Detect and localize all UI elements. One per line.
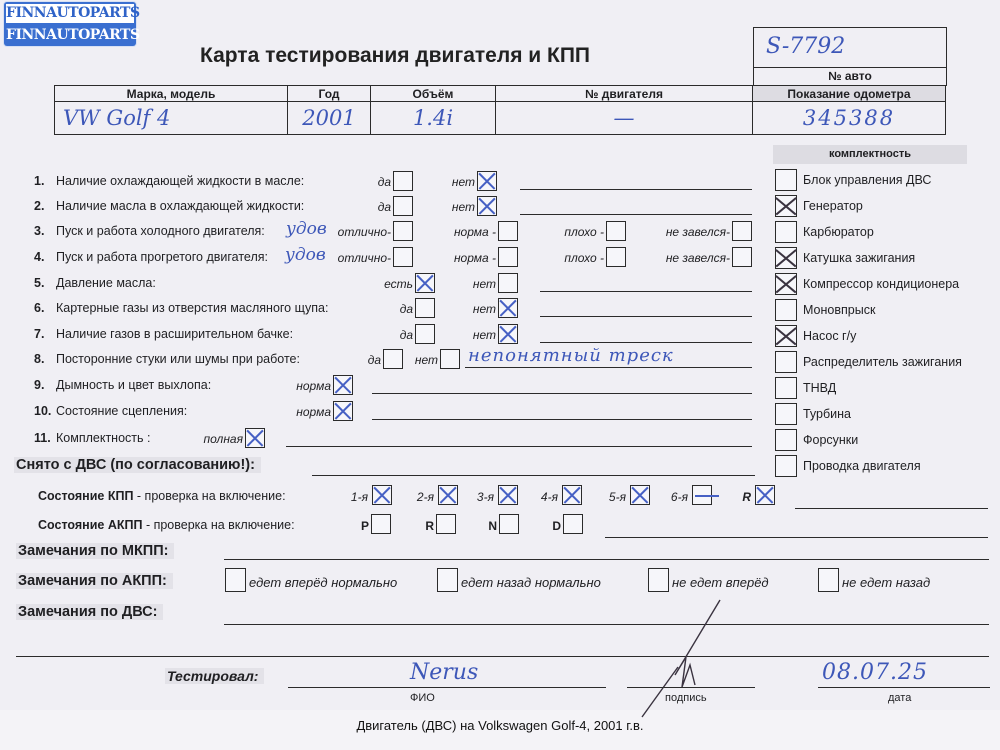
signature-caption: подпись	[665, 692, 707, 704]
auto-gearbox-label-rest: - проверка на включение:	[142, 518, 294, 532]
vehicle-info-table: Марка, модель Год Объём № двигателя Пока…	[54, 85, 946, 135]
handwritten-comment: непонятный треск	[468, 345, 674, 366]
remarks-mkpp-label: Замечания по МКПП:	[16, 543, 174, 559]
option-label: да	[368, 353, 381, 367]
auto-gearbox-row: Состояние АКПП - проверка на включение:	[38, 518, 295, 532]
col-engine-number: № двигателя	[496, 86, 753, 102]
checkbox-3-3[interactable]	[606, 221, 626, 241]
row-number: 7.	[34, 327, 56, 341]
option-label: норма	[296, 379, 331, 393]
completeness-label: Карбюратор	[803, 225, 874, 239]
completeness-label: Катушка зажигания	[803, 251, 915, 265]
akpp-checkbox[interactable]	[437, 568, 458, 592]
row-number: 4.	[34, 250, 56, 264]
checklist-row-10: 10.Состояние сцепления:	[34, 404, 187, 418]
gear-checkbox[interactable]	[692, 485, 712, 505]
mode-label: D	[552, 519, 561, 533]
checklist-row-4: 4.Пуск и работа прогретого двигателя:	[34, 250, 268, 264]
completeness-label: Блок управления ДВС	[803, 173, 931, 187]
checklist-row-9: 9.Дымность и цвет выхлопа:	[34, 378, 211, 392]
date-caption: дата	[888, 692, 911, 704]
akpp-checkbox[interactable]	[648, 568, 669, 592]
answer-line	[372, 393, 752, 394]
gear-label: R	[742, 490, 751, 504]
test-date: 08.07.25	[822, 660, 928, 685]
completeness-label: Моновпрыск	[803, 303, 875, 317]
mode-checkbox[interactable]	[436, 514, 456, 534]
option-label: норма -	[454, 225, 496, 239]
completeness-checkbox[interactable]	[775, 195, 797, 217]
mode-label: P	[361, 519, 369, 533]
checkbox-7-1[interactable]	[415, 324, 435, 344]
completeness-label: Турбина	[803, 407, 851, 421]
option-label: отлично-	[338, 225, 391, 239]
checkbox-10-1[interactable]	[333, 401, 353, 421]
row-label: Наличие масла в охлаждающей жидкости:	[56, 199, 304, 213]
manual-gearbox-label-rest: - проверка на включение:	[133, 489, 285, 503]
completeness-label: Компрессор кондиционера	[803, 277, 959, 291]
gear-label: 1-я	[351, 490, 368, 504]
completeness-checkbox[interactable]	[775, 429, 797, 451]
odometer-value: 345388	[753, 102, 946, 135]
checkbox-5-1[interactable]	[415, 273, 435, 293]
gear-label: 2-я	[417, 490, 434, 504]
gear-checkbox[interactable]	[372, 485, 392, 505]
option-label: нет	[415, 353, 438, 367]
row-label: Наличие газов в расширительном бачке:	[56, 327, 293, 341]
gear-checkbox[interactable]	[498, 485, 518, 505]
row-number: 2.	[34, 199, 56, 213]
option-label: нет	[452, 200, 475, 214]
auto-number-value: S-7792	[754, 28, 946, 68]
completeness-checkbox[interactable]	[775, 299, 797, 321]
gear-checkbox[interactable]	[438, 485, 458, 505]
completeness-checkbox[interactable]	[775, 455, 797, 477]
answer-line	[520, 189, 752, 190]
checkbox-9-1[interactable]	[333, 375, 353, 395]
checkbox-4-1[interactable]	[393, 247, 413, 267]
signature-line	[627, 687, 755, 688]
gear-label: 5-я	[609, 490, 626, 504]
name-line	[288, 687, 606, 688]
row-label: Состояние сцепления:	[56, 404, 187, 418]
row-label: Дымность и цвет выхлопа:	[56, 378, 211, 392]
answer-line	[520, 214, 752, 215]
checkbox-2-2[interactable]	[477, 196, 497, 216]
akpp-option-label: не едет вперёд	[672, 575, 769, 590]
option-label: есть	[384, 277, 413, 291]
option-label: да	[378, 200, 391, 214]
row-number: 6.	[34, 301, 56, 315]
gear-checkbox[interactable]	[755, 485, 775, 505]
option-label: не завелся-	[666, 225, 730, 239]
checkbox-11-1[interactable]	[245, 428, 265, 448]
answer-line	[465, 367, 752, 368]
engine-number-value: —	[496, 102, 753, 135]
tested-by-label: Тестировал:	[165, 668, 264, 684]
checklist-row-7: 7.Наличие газов в расширительном бачке:	[34, 327, 293, 341]
checklist-row-11: 11.Комплектность :	[34, 431, 150, 445]
remarks-dvs-line-2[interactable]	[16, 656, 989, 657]
option-label: нет	[473, 328, 496, 342]
checkbox-7-2[interactable]	[498, 324, 518, 344]
option-label: да	[400, 328, 413, 342]
logo-line-2: FINNAUTOPARTS	[6, 26, 134, 44]
auto-gearbox-label: Состояние АКПП	[38, 518, 142, 532]
col-volume: Объём	[371, 86, 496, 102]
option-label: да	[378, 175, 391, 189]
checkbox-1-2[interactable]	[477, 171, 497, 191]
checkbox-4-2[interactable]	[498, 247, 518, 267]
answer-line	[540, 342, 752, 343]
image-caption: Двигатель (ДВС) на Volkswagen Golf-4, 20…	[0, 718, 1000, 733]
checklist-row-5: 5.Давление масла:	[34, 276, 156, 290]
row-label: Посторонние стуки или шумы при работе:	[56, 352, 300, 366]
year-value: 2001	[288, 102, 371, 135]
completeness-checkbox[interactable]	[775, 403, 797, 425]
remarks-dvs-line-1[interactable]	[224, 624, 989, 625]
completeness-label: Генератор	[803, 199, 863, 213]
mode-checkbox[interactable]	[499, 514, 519, 534]
tester-name: Nerus	[410, 660, 478, 685]
completeness-checkbox[interactable]	[775, 169, 797, 191]
completeness-checkbox[interactable]	[775, 247, 797, 269]
completeness-checkbox[interactable]	[775, 325, 797, 347]
handwritten-note: удов	[285, 245, 326, 265]
option-label: да	[400, 302, 413, 316]
auto-gearbox-line	[605, 537, 988, 538]
completeness-label: Проводка двигателя	[803, 459, 921, 473]
option-label: плохо -	[564, 225, 604, 239]
checklist-row-6: 6.Картерные газы из отверстия масляного …	[34, 301, 328, 315]
completeness-label: Распределитель зажигания	[803, 355, 962, 369]
mode-label: R	[425, 519, 434, 533]
row-number: 8.	[34, 352, 56, 366]
completeness-checkbox[interactable]	[775, 221, 797, 243]
completeness-checkbox[interactable]	[775, 273, 797, 295]
completeness-checkbox[interactable]	[775, 351, 797, 373]
completeness-label: Насос г/у	[803, 329, 856, 343]
mode-checkbox[interactable]	[371, 514, 391, 534]
checkbox-6-1[interactable]	[415, 298, 435, 318]
checklist-row-2: 2.Наличие масла в охлаждающей жидкости:	[34, 199, 304, 213]
remarks-dvs-label: Замечания по ДВС:	[16, 604, 163, 620]
option-label: норма -	[454, 251, 496, 265]
checklist-row-1: 1.Наличие охлаждающей жидкости в масле:	[34, 174, 304, 188]
row-label: Картерные газы из отверстия масляного щу…	[56, 301, 328, 315]
akpp-checkbox[interactable]	[818, 568, 839, 592]
option-label: норма	[296, 405, 331, 419]
checklist-row-3: 3.Пуск и работа холодного двигателя:	[34, 224, 265, 238]
checkbox-5-2[interactable]	[498, 273, 518, 293]
checkbox-3-1[interactable]	[393, 221, 413, 241]
akpp-option-label: не едет назад	[842, 575, 930, 590]
col-year: Год	[288, 86, 371, 102]
option-label: нет	[473, 302, 496, 316]
row-label: Пуск и работа прогретого двигателя:	[56, 250, 268, 264]
row-number: 3.	[34, 224, 56, 238]
col-odometer: Показание одометра	[753, 86, 946, 102]
row-label: Пуск и работа холодного двигателя:	[56, 224, 265, 238]
mode-checkbox[interactable]	[563, 514, 583, 534]
option-label: отлично-	[338, 251, 391, 265]
date-line	[818, 687, 990, 688]
checkbox-6-2[interactable]	[498, 298, 518, 318]
akpp-checkbox[interactable]	[225, 568, 246, 592]
auto-number-box: S-7792 № авто	[753, 27, 947, 86]
option-label: нет	[452, 175, 475, 189]
document-title: Карта тестирования двигателя и КПП	[200, 44, 590, 68]
option-label: нет	[473, 277, 496, 291]
gear-label: 6-я	[671, 490, 688, 504]
gear-checkbox[interactable]	[630, 485, 650, 505]
answer-line	[540, 316, 752, 317]
gear-label: 4-я	[541, 490, 558, 504]
test-card-document: FINNAUTOPARTS FINNAUTOPARTS Карта тестир…	[0, 0, 1000, 710]
checkbox-3-4[interactable]	[732, 221, 752, 241]
row-label: Давление масла:	[56, 276, 156, 290]
gear-label: 3-я	[477, 490, 494, 504]
manual-gearbox-row: Состояние КПП - проверка на включение:	[38, 489, 286, 503]
name-caption: ФИО	[410, 692, 435, 704]
completeness-checkbox[interactable]	[775, 377, 797, 399]
akpp-option-label: едет вперёд нормально	[249, 575, 397, 590]
row-number: 11.	[34, 431, 56, 445]
completeness-header: комплектность	[773, 145, 967, 164]
row-number: 10.	[34, 404, 56, 418]
akpp-option-label: едет назад нормально	[461, 575, 601, 590]
row-label: Комплектность :	[56, 431, 150, 445]
checkbox-4-3[interactable]	[606, 247, 626, 267]
answer-line	[540, 291, 752, 292]
col-make-model: Марка, модель	[55, 86, 288, 102]
manual-gearbox-line	[795, 508, 988, 509]
checkbox-1-1[interactable]	[393, 171, 413, 191]
option-label: плохо -	[564, 251, 604, 265]
checkbox-8-2[interactable]	[440, 349, 460, 369]
option-label: полная	[204, 432, 243, 446]
checklist-row-8: 8.Посторонние стуки или шумы при работе:	[34, 352, 300, 366]
checkbox-3-2[interactable]	[498, 221, 518, 241]
make-model-value: VW Golf 4	[55, 102, 288, 135]
row-number: 1.	[34, 174, 56, 188]
remarks-akpp-label: Замечания по АКПП:	[16, 573, 173, 589]
gear-checkbox[interactable]	[562, 485, 582, 505]
answer-line	[286, 446, 752, 447]
row-label: Наличие охлаждающей жидкости в масле:	[56, 174, 304, 188]
remarks-mkpp-line[interactable]	[224, 559, 989, 560]
auto-number-label: № авто	[754, 68, 946, 85]
handwritten-note: удов	[286, 219, 327, 239]
row-number: 9.	[34, 378, 56, 392]
answer-line	[372, 419, 752, 420]
checkbox-8-1[interactable]	[383, 349, 403, 369]
completeness-label: ТНВД	[803, 381, 836, 395]
completeness-label: Форсунки	[803, 433, 858, 447]
checkbox-4-4[interactable]	[732, 247, 752, 267]
option-label: не завелся-	[666, 251, 730, 265]
mode-label: N	[488, 519, 497, 533]
removed-from-engine-label: Снято с ДВС (по согласованию!):	[14, 457, 261, 473]
removed-line	[312, 475, 755, 476]
checkbox-2-1[interactable]	[393, 196, 413, 216]
volume-value: 1.4i	[371, 102, 496, 135]
manual-gearbox-label: Состояние КПП	[38, 489, 133, 503]
finnautoparts-logo: FINNAUTOPARTS FINNAUTOPARTS	[4, 2, 136, 46]
logo-line-1: FINNAUTOPARTS	[6, 4, 134, 23]
row-number: 5.	[34, 276, 56, 290]
